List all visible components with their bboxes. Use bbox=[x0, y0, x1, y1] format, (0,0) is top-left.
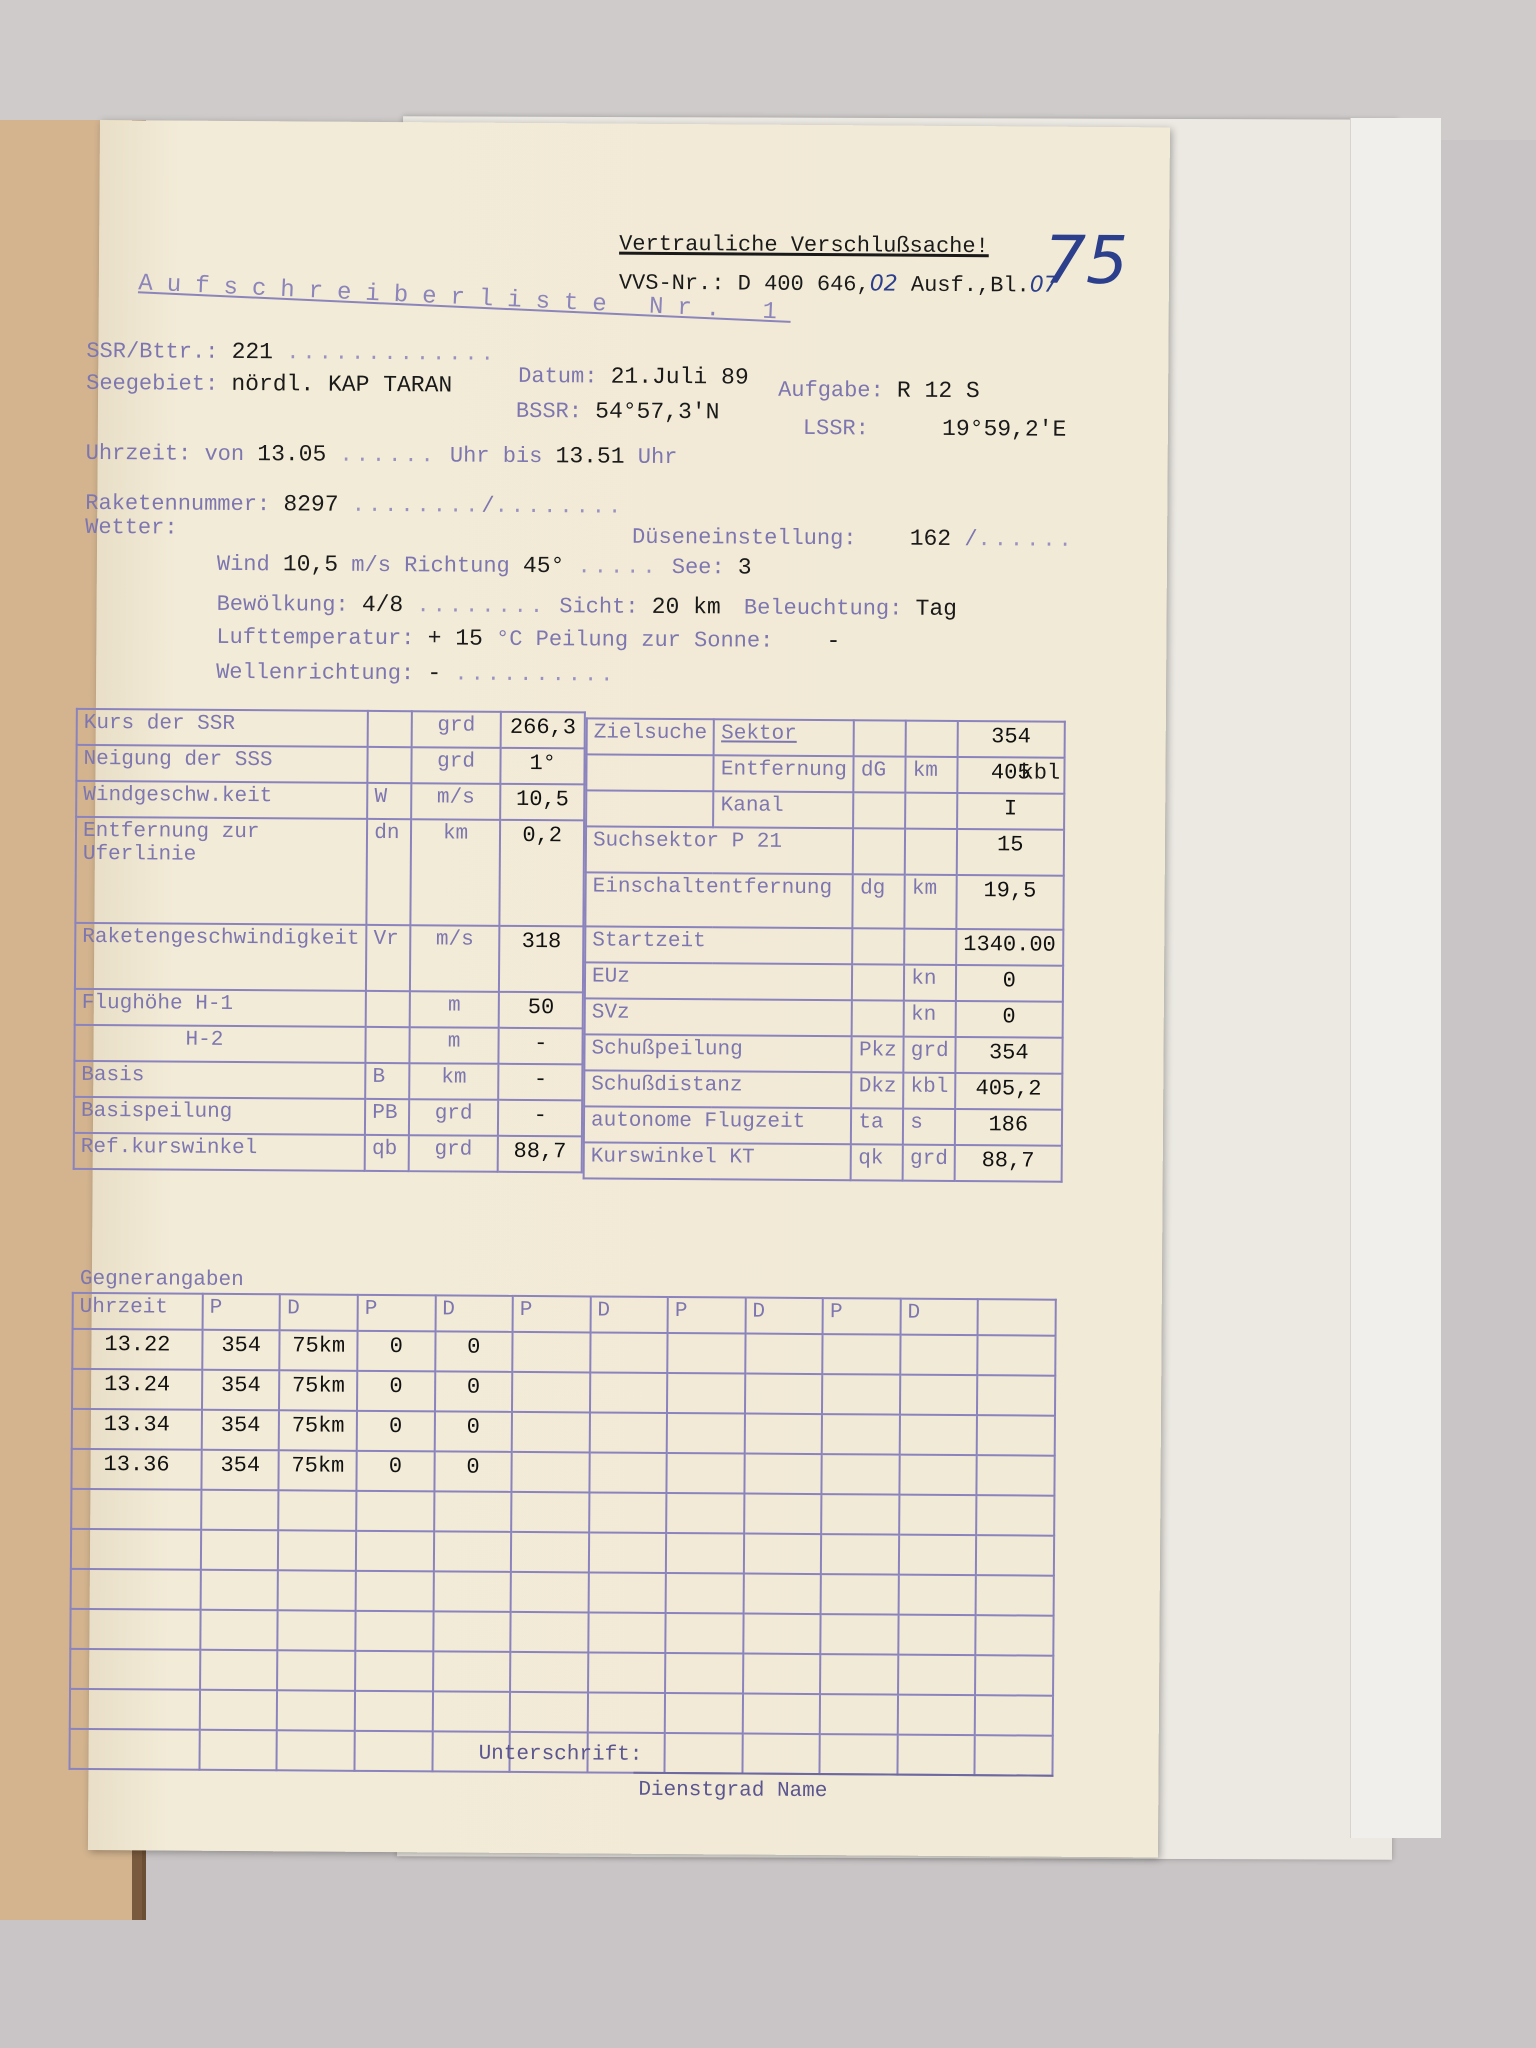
row-value: 354 bbox=[958, 721, 1065, 758]
copy-number-handwritten: 02 bbox=[870, 271, 898, 296]
duseneinstellung-label: Düseneinstellung: bbox=[632, 525, 857, 552]
row-label: Suchsektor P 21 bbox=[586, 826, 854, 874]
row-unit: grd bbox=[411, 711, 501, 748]
row-symbol bbox=[853, 928, 905, 964]
table-cell bbox=[976, 1575, 1054, 1616]
table-cell bbox=[898, 1655, 976, 1696]
table-cell bbox=[823, 1334, 901, 1375]
row-value: 10,5 bbox=[501, 784, 585, 821]
table-cell bbox=[590, 1332, 668, 1373]
row-label: EUz bbox=[585, 962, 853, 1000]
lufttemperatur-label: Lufttemperatur: bbox=[216, 625, 414, 651]
table-cell: 0 bbox=[357, 1331, 435, 1372]
table-row: KanalI bbox=[586, 790, 1064, 829]
lssr-label: LSSR: bbox=[803, 416, 869, 441]
table-cell bbox=[820, 1694, 898, 1735]
row-value: - bbox=[498, 1100, 582, 1137]
table-cell: 13.22 bbox=[72, 1329, 202, 1370]
row-extra-unit: kbl bbox=[1020, 760, 1060, 785]
raketennummer-label: Raketennummer: bbox=[85, 491, 270, 517]
table-cell bbox=[201, 1570, 279, 1611]
table-row: EUzkn0 bbox=[585, 962, 1063, 1001]
row-symbol: dn bbox=[367, 819, 411, 925]
row-unit: km bbox=[409, 1063, 499, 1100]
table-cell bbox=[977, 1495, 1055, 1536]
table-cell bbox=[588, 1572, 666, 1613]
bewolkung-value: 4/8 bbox=[362, 592, 404, 618]
table-cell: 75km bbox=[279, 1410, 357, 1451]
table-cell bbox=[434, 1491, 512, 1532]
row-unit: grd bbox=[411, 747, 501, 784]
table-cell bbox=[279, 1490, 357, 1531]
row-value: 0 bbox=[956, 1001, 1063, 1038]
table-cell bbox=[820, 1654, 898, 1695]
row-unit: kn bbox=[904, 965, 956, 1001]
table-cell bbox=[70, 1609, 200, 1650]
table-cell bbox=[666, 1533, 744, 1574]
field-bssr: BSSR: 54°57,3'N bbox=[516, 398, 720, 425]
table-cell bbox=[900, 1415, 978, 1456]
table-cell bbox=[745, 1334, 823, 1375]
table-cell bbox=[512, 1372, 590, 1413]
table-cell bbox=[70, 1649, 200, 1690]
row-unit: grd bbox=[903, 1145, 955, 1181]
row-symbol: Dkz bbox=[852, 1072, 904, 1108]
table-cell bbox=[900, 1335, 978, 1376]
row-value: 186 bbox=[955, 1109, 1062, 1146]
row-symbol: Vr bbox=[366, 925, 410, 991]
table-cell bbox=[511, 1492, 589, 1533]
row-label: SVz bbox=[585, 998, 853, 1036]
vvs-number-value: D 400 646, bbox=[738, 271, 870, 297]
table-cell: 354 bbox=[202, 1330, 280, 1371]
table-cell: 354 bbox=[202, 1370, 280, 1411]
column-header: P bbox=[358, 1295, 436, 1332]
row-value: 405,2 bbox=[955, 1073, 1062, 1110]
row-symbol bbox=[852, 964, 904, 1000]
table-row: Neigung der SSSgrd1° bbox=[76, 745, 584, 785]
row-unit: grd bbox=[904, 1037, 956, 1073]
table-cell bbox=[899, 1495, 977, 1536]
uhrzeit-to: 13.51 bbox=[555, 443, 624, 469]
wind-direction: 45° bbox=[523, 553, 565, 579]
table-row bbox=[71, 1529, 1054, 1576]
uhrzeit-unit: Uhr bbox=[638, 445, 678, 470]
underlying-sheet-edge bbox=[1350, 118, 1441, 1838]
row-symbol bbox=[368, 711, 412, 747]
table-cell bbox=[975, 1695, 1053, 1736]
row-label: Startzeit bbox=[585, 926, 853, 964]
table-row: EntfernungdGkm405kbl bbox=[586, 754, 1064, 793]
table-cell bbox=[590, 1372, 668, 1413]
table-cell bbox=[898, 1575, 976, 1616]
row-unit: m/s bbox=[410, 925, 500, 992]
row-label: Schußpeilung bbox=[584, 1034, 852, 1072]
table-cell bbox=[71, 1489, 201, 1530]
table-row: Kurswinkel KTqkgrd88,7 bbox=[584, 1142, 1062, 1181]
row-label: Kanal bbox=[713, 791, 853, 828]
table-cell bbox=[976, 1615, 1054, 1656]
table-cell: 13.36 bbox=[71, 1449, 201, 1490]
table-row: 13.3635475km00 bbox=[71, 1449, 1054, 1496]
table-row: ZielsucheSektor354 bbox=[587, 718, 1065, 757]
row-value: I bbox=[957, 793, 1064, 830]
table-cell bbox=[821, 1614, 899, 1655]
table-cell bbox=[200, 1650, 278, 1691]
datum-value: 21.Juli 89 bbox=[611, 364, 749, 391]
field-datum: Datum: 21.Juli 89 bbox=[518, 363, 749, 391]
table-cell bbox=[356, 1571, 434, 1612]
table-cell: 13.24 bbox=[72, 1369, 202, 1410]
raketennummer-value: 8297 bbox=[283, 491, 338, 517]
lufttemperatur-value: + 15 bbox=[428, 625, 483, 651]
table-cell bbox=[278, 1530, 356, 1571]
row-value: - bbox=[499, 1028, 583, 1065]
table-cell bbox=[512, 1332, 590, 1373]
table-cell bbox=[512, 1452, 590, 1493]
table-cell bbox=[821, 1574, 899, 1615]
beleuchtung-value: Tag bbox=[915, 596, 957, 622]
table-cell: 75km bbox=[280, 1330, 358, 1371]
table-cell bbox=[898, 1615, 976, 1656]
row-label: autonome Flugzeit bbox=[584, 1106, 852, 1144]
bewolkung-label: Bewölkung: bbox=[217, 592, 349, 618]
table-cell bbox=[899, 1455, 977, 1496]
row-value: 318 bbox=[499, 926, 583, 993]
table-cell bbox=[433, 1531, 511, 1572]
table-cell bbox=[665, 1733, 743, 1774]
table-row: Entfernung zur Uferliniednkm0,2 bbox=[75, 817, 584, 927]
field-lssr: LSSR: 19°59,2'E bbox=[803, 415, 1067, 443]
uhrzeit-from: 13.05 bbox=[257, 441, 326, 467]
row-symbol: qb bbox=[365, 1135, 409, 1171]
table-cell bbox=[977, 1415, 1055, 1456]
table-cell bbox=[666, 1613, 744, 1654]
table-row: SVzkn0 bbox=[585, 998, 1063, 1037]
table-cell bbox=[355, 1651, 433, 1692]
column-header: P bbox=[513, 1296, 591, 1333]
field-bewolkung: Bewölkung: 4/8 ........ Sicht: 20 km Bel… bbox=[217, 591, 958, 622]
table-row bbox=[70, 1689, 1053, 1736]
column-header: P bbox=[823, 1298, 901, 1335]
row-symbol: dg bbox=[853, 874, 905, 928]
table-row: 13.3435475km00 bbox=[72, 1409, 1055, 1456]
table-cell bbox=[201, 1530, 279, 1571]
signature-caption: Dienstgrad Name bbox=[638, 1779, 827, 1803]
seegebiet-label: Seegebiet: bbox=[86, 371, 218, 397]
row-unit bbox=[904, 929, 956, 965]
table-cell bbox=[821, 1534, 899, 1575]
table-cell bbox=[433, 1571, 511, 1612]
field-duseneinstellung: Düseneinstellung: 162 /...... bbox=[632, 524, 1075, 553]
table-cell: 354 bbox=[201, 1450, 279, 1491]
row-symbol: qk bbox=[851, 1144, 903, 1180]
column-header: D bbox=[590, 1296, 668, 1333]
table-row: SchußdistanzDkzkbl405,2 bbox=[584, 1070, 1062, 1109]
copy-label: Ausf.,Bl. bbox=[911, 273, 1030, 299]
row-symbol: dG bbox=[854, 756, 906, 792]
row-unit: m bbox=[409, 1027, 499, 1064]
table-cell bbox=[511, 1572, 589, 1613]
field-uhrzeit: Uhrzeit: von 13.05 ...... Uhr bis 13.51 … bbox=[86, 440, 678, 470]
duseneinstellung-value: 162 bbox=[910, 526, 952, 552]
datum-label: Datum: bbox=[518, 364, 597, 390]
table-cell bbox=[897, 1735, 975, 1776]
table-cell bbox=[821, 1494, 899, 1535]
row-symbol bbox=[852, 1000, 904, 1036]
table-cell bbox=[665, 1653, 743, 1694]
row-label: H-2 bbox=[74, 1025, 365, 1063]
field-aufgabe: Aufgabe: R 12 S bbox=[778, 377, 980, 404]
table-cell: 13.34 bbox=[72, 1409, 202, 1450]
row-value: 19,5 bbox=[956, 875, 1063, 930]
column-header: D bbox=[745, 1298, 823, 1335]
peilung-sonne-value: - bbox=[826, 628, 840, 654]
row-unit: m bbox=[409, 991, 499, 1028]
table-row: BasisBkm- bbox=[74, 1061, 582, 1101]
row-symbol: PB bbox=[365, 1099, 409, 1135]
table-cell bbox=[745, 1374, 823, 1415]
row-group bbox=[586, 754, 714, 791]
table-cell bbox=[356, 1491, 434, 1532]
table-row: Ref.kurswinkelqbgrd88,7 bbox=[74, 1133, 582, 1173]
row-label: Einschaltentfernung bbox=[585, 872, 853, 928]
row-symbol bbox=[854, 792, 906, 828]
row-value: - bbox=[499, 1064, 583, 1101]
table-cell: 0 bbox=[356, 1451, 434, 1492]
row-value: 50 bbox=[499, 992, 583, 1029]
sheet-number-handwritten: 07 bbox=[1030, 272, 1058, 297]
table-row bbox=[71, 1569, 1054, 1616]
beleuchtung-label: Beleuchtung: bbox=[744, 596, 903, 622]
table-cell bbox=[356, 1531, 434, 1572]
table-cell bbox=[900, 1375, 978, 1416]
table-cell bbox=[201, 1490, 279, 1531]
table-cell bbox=[589, 1452, 667, 1493]
table-cell bbox=[200, 1690, 278, 1731]
table-cell bbox=[667, 1413, 745, 1454]
row-group bbox=[586, 790, 714, 827]
table-row: Kurs der SSRgrd266,3 bbox=[77, 709, 585, 749]
table-row: Startzeit1340.00 bbox=[585, 926, 1063, 965]
row-unit bbox=[906, 721, 958, 757]
aufgabe-value: R 12 S bbox=[897, 378, 980, 405]
table-cell bbox=[199, 1730, 277, 1771]
sicht-value: 20 km bbox=[652, 594, 721, 620]
table-cell bbox=[71, 1569, 201, 1610]
table-row: autonome Flugzeittas186 bbox=[584, 1106, 1062, 1145]
table-cell bbox=[510, 1612, 588, 1653]
table-cell bbox=[277, 1690, 355, 1731]
row-symbol bbox=[366, 991, 410, 1027]
row-unit: m/s bbox=[411, 783, 501, 820]
field-seegebiet: Seegebiet: nördl. KAP TARAN bbox=[86, 370, 452, 399]
table-cell bbox=[69, 1729, 199, 1770]
table-cell: 0 bbox=[435, 1331, 513, 1372]
row-label: Kurswinkel KT bbox=[584, 1142, 852, 1180]
row-value: 0 bbox=[956, 965, 1063, 1002]
table-row: BasispeilungPBgrd- bbox=[74, 1097, 582, 1137]
table-cell: 354 bbox=[202, 1410, 280, 1451]
table-cell bbox=[588, 1612, 666, 1653]
table-cell bbox=[822, 1414, 900, 1455]
row-label: Neigung der SSS bbox=[76, 745, 367, 783]
row-value: 1340.00 bbox=[956, 929, 1063, 966]
row-unit bbox=[905, 793, 957, 829]
row-label: Basispeilung bbox=[74, 1097, 365, 1135]
classification-heading: Vertrauliche Verschlußsache! bbox=[619, 232, 989, 260]
row-label: Sektor bbox=[714, 719, 854, 756]
lssr-value: 19°59,2'E bbox=[942, 416, 1066, 443]
table-cell bbox=[512, 1412, 590, 1453]
field-wellenrichtung: Wellenrichtung: - .......... bbox=[216, 659, 616, 688]
table-cell: 0 bbox=[434, 1451, 512, 1492]
table-cell bbox=[744, 1454, 822, 1495]
main-table-right: ZielsucheSektor354 EntfernungdGkm405kbl … bbox=[583, 717, 1066, 1182]
row-unit: grd bbox=[408, 1135, 498, 1172]
table-row: RaketengeschwindigkeitVrm/s318 bbox=[75, 923, 583, 993]
row-unit: km bbox=[906, 757, 958, 793]
table-cell bbox=[667, 1453, 745, 1494]
row-unit: km bbox=[410, 819, 500, 926]
wind-value: 10,5 bbox=[283, 551, 338, 577]
row-unit: grd bbox=[409, 1099, 499, 1136]
table-row bbox=[70, 1649, 1053, 1696]
duseneinstellung-separator: / bbox=[964, 527, 977, 552]
row-unit: kbl bbox=[903, 1073, 955, 1109]
row-group: Zielsuche bbox=[587, 718, 715, 755]
column-header: D bbox=[435, 1295, 513, 1332]
table-cell bbox=[355, 1731, 433, 1772]
row-label: Entfernung zur Uferlinie bbox=[75, 817, 367, 925]
ssr-bttr-label: SSR/Bttr.: bbox=[86, 339, 218, 365]
wellenrichtung-label: Wellenrichtung: bbox=[216, 660, 414, 686]
row-label: Raketengeschwindigkeit bbox=[75, 923, 367, 991]
wind-label: Wind bbox=[217, 552, 270, 577]
field-lufttemperatur: Lufttemperatur: + 15 °C Peilung zur Sonn… bbox=[216, 624, 840, 654]
table-cell bbox=[71, 1529, 201, 1570]
column-header: D bbox=[900, 1299, 978, 1336]
uhrzeit-mid: Uhr bis bbox=[450, 443, 543, 469]
table-row: Flughöhe H-1m50 bbox=[75, 989, 583, 1029]
wetter-label-text: Wetter: bbox=[85, 515, 178, 541]
table-cell bbox=[432, 1691, 510, 1732]
table-cell bbox=[278, 1610, 356, 1651]
row-value: 266,3 bbox=[501, 712, 585, 749]
table-row bbox=[70, 1609, 1053, 1656]
row-label: Windgeschw.keit bbox=[76, 781, 367, 819]
bssr-label: BSSR: bbox=[516, 399, 582, 424]
row-value: 15 bbox=[957, 829, 1064, 876]
table-cell bbox=[355, 1691, 433, 1732]
row-unit: kn bbox=[904, 1001, 956, 1037]
row-symbol bbox=[853, 828, 905, 874]
signature-label: Unterschrift: bbox=[479, 1743, 643, 1767]
table-cell bbox=[898, 1695, 976, 1736]
document-page: 75 Vertrauliche Verschlußsache! VVS-Nr.:… bbox=[88, 120, 1170, 1857]
table-cell: 0 bbox=[357, 1411, 435, 1452]
table-row: 13.2435475km00 bbox=[72, 1369, 1055, 1416]
table-cell bbox=[589, 1532, 667, 1573]
table-cell bbox=[587, 1692, 665, 1733]
lufttemperatur-unit: °C bbox=[496, 627, 523, 652]
table-cell bbox=[278, 1650, 356, 1691]
table-cell bbox=[822, 1374, 900, 1415]
table-row: SchußpeilungPkzgrd354 bbox=[584, 1034, 1062, 1073]
table-cell bbox=[976, 1535, 1054, 1576]
table-row bbox=[71, 1489, 1054, 1536]
row-symbol: Pkz bbox=[852, 1036, 904, 1072]
row-symbol bbox=[368, 747, 412, 783]
row-value: 88,7 bbox=[498, 1136, 582, 1173]
field-wind: Wind 10,5 m/s Richtung 45° ..... See: 3 bbox=[217, 551, 752, 581]
row-label: Ref.kurswinkel bbox=[74, 1133, 365, 1171]
table-cell bbox=[744, 1534, 822, 1575]
table-cell bbox=[820, 1734, 898, 1775]
row-symbol: W bbox=[367, 783, 411, 819]
table-cell bbox=[511, 1532, 589, 1573]
row-value: 88,7 bbox=[955, 1145, 1062, 1182]
table-cell bbox=[667, 1373, 745, 1414]
peilung-sonne-label: Peilung zur Sonne: bbox=[536, 627, 774, 654]
column-header bbox=[978, 1299, 1056, 1336]
row-value: 0,2 bbox=[500, 820, 584, 927]
gegnerangaben-table: UhrzeitPDPDPDPDPD 13.2235475km0013.24354… bbox=[68, 1292, 1056, 1777]
field-ssr-bttr: SSR/Bttr.: 221 ............. bbox=[86, 338, 497, 367]
table-cell bbox=[667, 1333, 745, 1374]
ssr-bttr-value: 221 bbox=[232, 339, 274, 365]
see-label: See: bbox=[672, 555, 725, 580]
row-label: Kurs der SSR bbox=[77, 709, 368, 747]
table-cell bbox=[822, 1454, 900, 1495]
table-cell bbox=[589, 1492, 667, 1533]
table-cell: 0 bbox=[434, 1411, 512, 1452]
table-cell: 0 bbox=[357, 1371, 435, 1412]
table-cell: 75km bbox=[279, 1370, 357, 1411]
table-cell bbox=[589, 1412, 667, 1453]
row-unit: km bbox=[905, 875, 957, 929]
row-label: Schußdistanz bbox=[584, 1070, 852, 1108]
row-symbol: ta bbox=[851, 1108, 903, 1144]
row-label: Entfernung bbox=[714, 755, 854, 792]
seegebiet-value: nördl. KAP TARAN bbox=[231, 371, 452, 399]
wellenrichtung-value: - bbox=[427, 660, 441, 686]
table-cell bbox=[744, 1494, 822, 1535]
gegnerangaben-title: Gegnerangaben bbox=[80, 1268, 244, 1292]
table-cell: 75km bbox=[279, 1450, 357, 1491]
table-cell bbox=[666, 1573, 744, 1614]
table-cell: 0 bbox=[435, 1371, 513, 1412]
table-cell bbox=[510, 1652, 588, 1693]
row-value: 354 bbox=[955, 1037, 1062, 1074]
row-symbol bbox=[854, 720, 906, 756]
table-cell bbox=[278, 1570, 356, 1611]
column-header: D bbox=[280, 1294, 358, 1331]
table-cell bbox=[433, 1651, 511, 1692]
table-cell bbox=[743, 1614, 821, 1655]
row-unit bbox=[905, 829, 957, 875]
wetter-label: Wetter: bbox=[85, 515, 178, 541]
aufgabe-label: Aufgabe: bbox=[778, 378, 884, 404]
table-cell bbox=[742, 1734, 820, 1775]
table-cell bbox=[277, 1730, 355, 1771]
row-symbol: B bbox=[365, 1063, 409, 1099]
row-label: Basis bbox=[74, 1061, 365, 1099]
uhrzeit-label: Uhrzeit: von bbox=[86, 441, 245, 467]
table-row: H-2m- bbox=[74, 1025, 582, 1065]
column-header: Uhrzeit bbox=[73, 1293, 203, 1330]
table-cell bbox=[666, 1493, 744, 1534]
